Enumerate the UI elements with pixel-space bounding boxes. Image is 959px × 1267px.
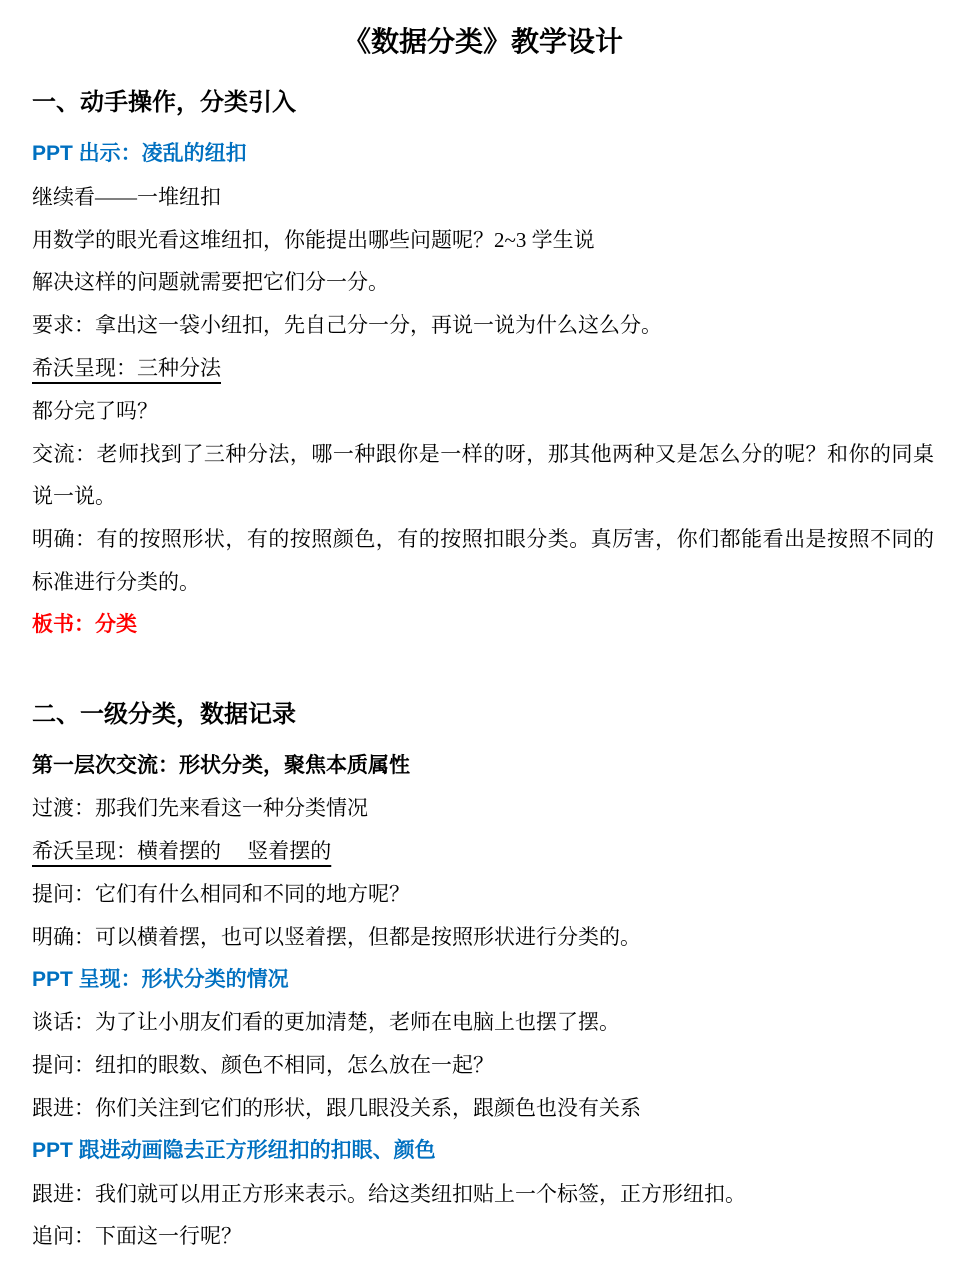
paragraph: 提问：纽扣的眼数、颜色不相同，怎么放在一起？ <box>32 1044 934 1087</box>
page-title: 《数据分类》教学设计 <box>32 20 934 64</box>
document-page: 《数据分类》教学设计一、动手操作，分类引入PPT 出示：凌乱的纽扣继续看——一堆… <box>0 0 959 1267</box>
paragraph: 明确：可以横着摆，也可以竖着摆，但都是按照形状进行分类的。 <box>32 916 934 959</box>
paragraph: 用数学的眼光看这堆纽扣，你能提出哪些问题呢？2~3 学生说 <box>32 219 934 262</box>
paragraph: 继续看——一堆纽扣 <box>32 176 934 219</box>
section-heading: 二、一级分类，数据记录 <box>32 693 934 737</box>
paragraph: 追问：下面这一行呢？ <box>32 1215 934 1258</box>
board-note-line: 板书：分类 <box>32 604 934 647</box>
seewo-cue-line: 希沃呈现：横着摆的 竖着摆的 <box>32 830 934 873</box>
paragraph: 跟进：我们就可以用正方形来表示。给这类纽扣贴上一个标签，正方形纽扣。 <box>32 1173 934 1216</box>
ppt-cue-line: PPT 呈现：形状分类的情况 <box>32 959 934 1002</box>
paragraph: 解决这样的问题就需要把它们分一分。 <box>32 261 934 304</box>
paragraph: 提问：它们有什么相同和不同的地方呢？ <box>32 873 934 916</box>
spacer <box>32 647 934 693</box>
paragraph: 跟进：你们关注到它们的形状，跟几眼没关系，跟颜色也没有关系 <box>32 1087 934 1130</box>
ppt-cue-line: PPT 跟进动画隐去正方形纽扣的扣眼、颜色 <box>32 1130 934 1173</box>
paragraph: 要求：拿出这一袋小纽扣，先自己分一分，再说一说为什么这么分。 <box>32 304 934 347</box>
paragraph: 谈话：为了让小朋友们看的更加清楚，老师在电脑上也摆了摆。 <box>32 1001 934 1044</box>
sub-heading: 第一层次交流：形状分类，聚焦本质属性 <box>32 745 934 788</box>
seewo-cue-line: 希沃呈现：三种分法 <box>32 347 934 390</box>
paragraph: 交流：老师找到了三种分法，哪一种跟你是一样的呀，那其他两种又是怎么分的呢？和你的… <box>32 433 934 519</box>
paragraph: 都分完了吗？ <box>32 390 934 433</box>
ppt-cue-line: PPT 出示：凌乱的纽扣 <box>32 133 934 176</box>
paragraph: 过渡：那我们先来看这一种分类情况 <box>32 787 934 830</box>
paragraph: 明确：有的按照形状，有的按照颜色，有的按照扣眼分类。真厉害，你们都能看出是按照不… <box>32 518 934 604</box>
section-heading: 一、动手操作，分类引入 <box>32 81 934 125</box>
